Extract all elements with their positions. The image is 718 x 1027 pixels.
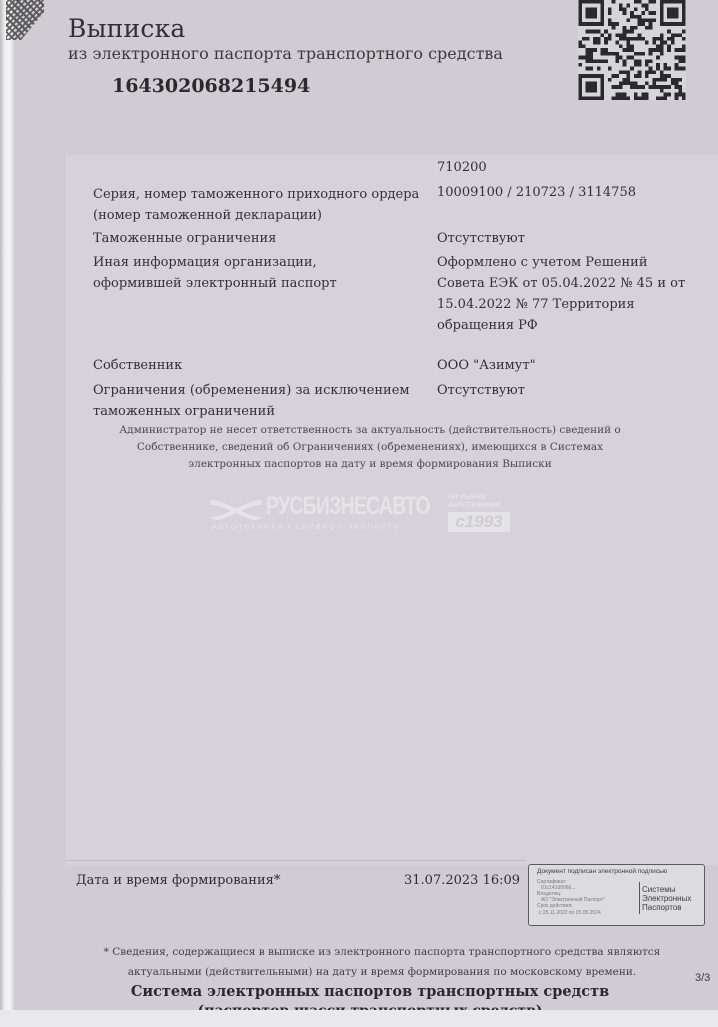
field-label-customs-restrictions: Таможенные ограничения: [93, 228, 423, 249]
formation-date-value: 31.07.2023 16:09: [404, 873, 520, 888]
watermark-side-text: НА РЫНКЕ АВТОТЕХНИКИ: [448, 494, 510, 510]
background-surface: [0, 1010, 718, 1027]
watermark: РУСБИЗНЕСАВТО АВТОТЕХНИКА • СЕРВИС • ЗАП…: [208, 492, 518, 536]
field-value-customs-order: 10009100 / 210723 / 3114758: [437, 182, 697, 203]
stamp-title: Документ подписан электронной подписью: [537, 868, 667, 875]
stamp-validity-label: Срок действия:: [537, 903, 573, 909]
field-value-owner: ООО "Азимут": [437, 355, 697, 376]
footnote: * Сведения, содержащиеся в выписке из эл…: [82, 942, 682, 982]
watermark-since: с1993: [448, 512, 510, 532]
disclaimer-text: Администратор не несет ответственность з…: [100, 422, 640, 473]
divider: [66, 860, 526, 861]
field-value-encumbrances: Отсутствуют: [437, 380, 697, 401]
qr-code-icon: [578, 0, 686, 100]
field-value-other-info: Оформлено с учетом Решений Совета ЕЭК от…: [437, 252, 687, 336]
watermark-logo-icon: [208, 496, 264, 520]
field-value-code: 710200: [437, 157, 697, 178]
document-subtitle: из электронного паспорта транспортного с…: [68, 44, 503, 63]
document-title: Выписка: [68, 14, 186, 43]
field-label-owner: Собственник: [93, 355, 423, 376]
field-label-customs-order: Серия, номер таможенного приходного орде…: [93, 184, 423, 226]
stamp-validity-value: с 25.11.2022 по 25.05.2024: [539, 910, 601, 916]
watermark-tagline: АВТОТЕХНИКА • СЕРВИС • ЗАПЧАСТИ: [212, 522, 401, 531]
stamp-divider: [639, 882, 640, 914]
field-value-customs-restrictions: Отсутствуют: [437, 228, 697, 249]
field-label-other-info: Иная информация организации, оформившей …: [93, 252, 343, 294]
formation-date-label: Дата и время формирования*: [76, 873, 280, 888]
passport-number: 164302068215494: [112, 75, 310, 97]
system-subtitle: (паспортов шасси транспортных средств): [0, 1002, 718, 1010]
signature-stamp: Документ подписан электронной подписью С…: [528, 864, 705, 926]
field-label-encumbrances: Ограничения (обременения) за исключением…: [93, 380, 413, 422]
watermark-brand: РУСБИЗНЕСАВТО: [266, 492, 430, 521]
stamp-organization: Системы Электронных Паспортов: [642, 885, 702, 912]
page-edge: [0, 0, 14, 1027]
system-title: Система электронных паспортов транспортн…: [0, 983, 718, 1000]
